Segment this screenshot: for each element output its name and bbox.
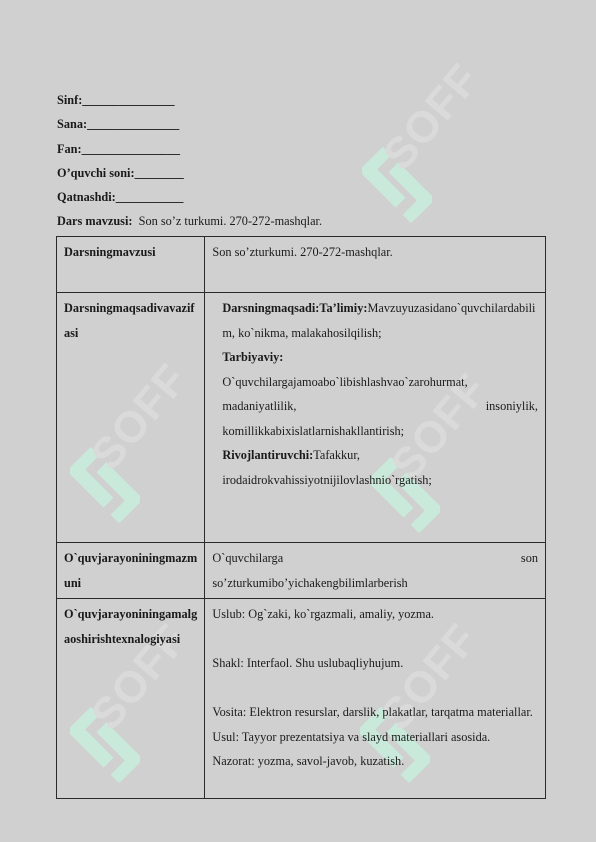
upbringing-goal: Tarbiyaviy: O`quvchilargajamoabo`libishl… xyxy=(212,345,538,443)
row-value: Uslub: Og`zaki, ko`rgazmali, amaliy, yoz… xyxy=(205,599,546,799)
row-value: O`quvchilargason so’zturkumibo’yichakeng… xyxy=(205,543,546,599)
row-value: Darsningmaqsadi:Ta’limiy:Mavzuyuzasidano… xyxy=(205,293,546,543)
row-value: Son so’zturkumi. 270-272-mashqlar. xyxy=(205,237,546,293)
method-tools: Vosita: Elektron resurslar, darslik, pla… xyxy=(212,700,538,725)
row-label: O`quvjarayoniningmazmuni xyxy=(57,543,205,599)
field-student-count: O’quvchi soni:________ xyxy=(57,163,322,187)
topic-label: Dars mavzusi: xyxy=(57,214,132,228)
topic-value: Son so’z turkumi. 270-272-mashqlar. xyxy=(139,214,322,228)
field-attended: Qatnashdi:___________ xyxy=(57,187,322,211)
table-row-topic: Darsningmavzusi Son so’zturkumi. 270-272… xyxy=(57,237,546,293)
lesson-header: Sinf:_______________ Sana:______________… xyxy=(57,90,322,236)
educational-goal: Darsningmaqsadi:Ta’limiy:Mavzuyuzasidano… xyxy=(212,296,538,345)
row-label: O`quvjarayoniningamalgaoshirishtexnalogi… xyxy=(57,599,205,799)
row-label: Darsningmavzusi xyxy=(57,237,205,293)
table-row-technology: O`quvjarayoniningamalgaoshirishtexnalogi… xyxy=(57,599,546,799)
field-sana: Sana:_______________ xyxy=(57,114,322,138)
table-row-goals: Darsningmaqsadivavazifasi Darsningmaqsad… xyxy=(57,293,546,543)
method-control: Nazorat: yozma, savol-javob, kuzatish. xyxy=(212,749,538,774)
field-fan: Fan:________________ xyxy=(57,139,322,163)
row-label: Darsningmaqsadivavazifasi xyxy=(57,293,205,543)
lesson-plan-table: Darsningmavzusi Son so’zturkumi. 270-272… xyxy=(56,236,546,799)
table-row-content: O`quvjarayoniningmazmuni O`quvchilargaso… xyxy=(57,543,546,599)
field-sinf: Sinf:_______________ xyxy=(57,90,322,114)
lesson-topic-line: Dars mavzusi: Son so’z turkumi. 270-272-… xyxy=(57,211,322,235)
developmental-goal: Rivojlantiruvchi:Tafakkur, irodaidrokvah… xyxy=(212,443,538,492)
method-form: Shakl: Interfaol. Shu uslubaqliyhujum. xyxy=(212,651,538,676)
method-approach: Usul: Tayyor prezentatsiya va slayd mate… xyxy=(212,725,538,750)
method-style: Uslub: Og`zaki, ko`rgazmali, amaliy, yoz… xyxy=(212,602,538,627)
